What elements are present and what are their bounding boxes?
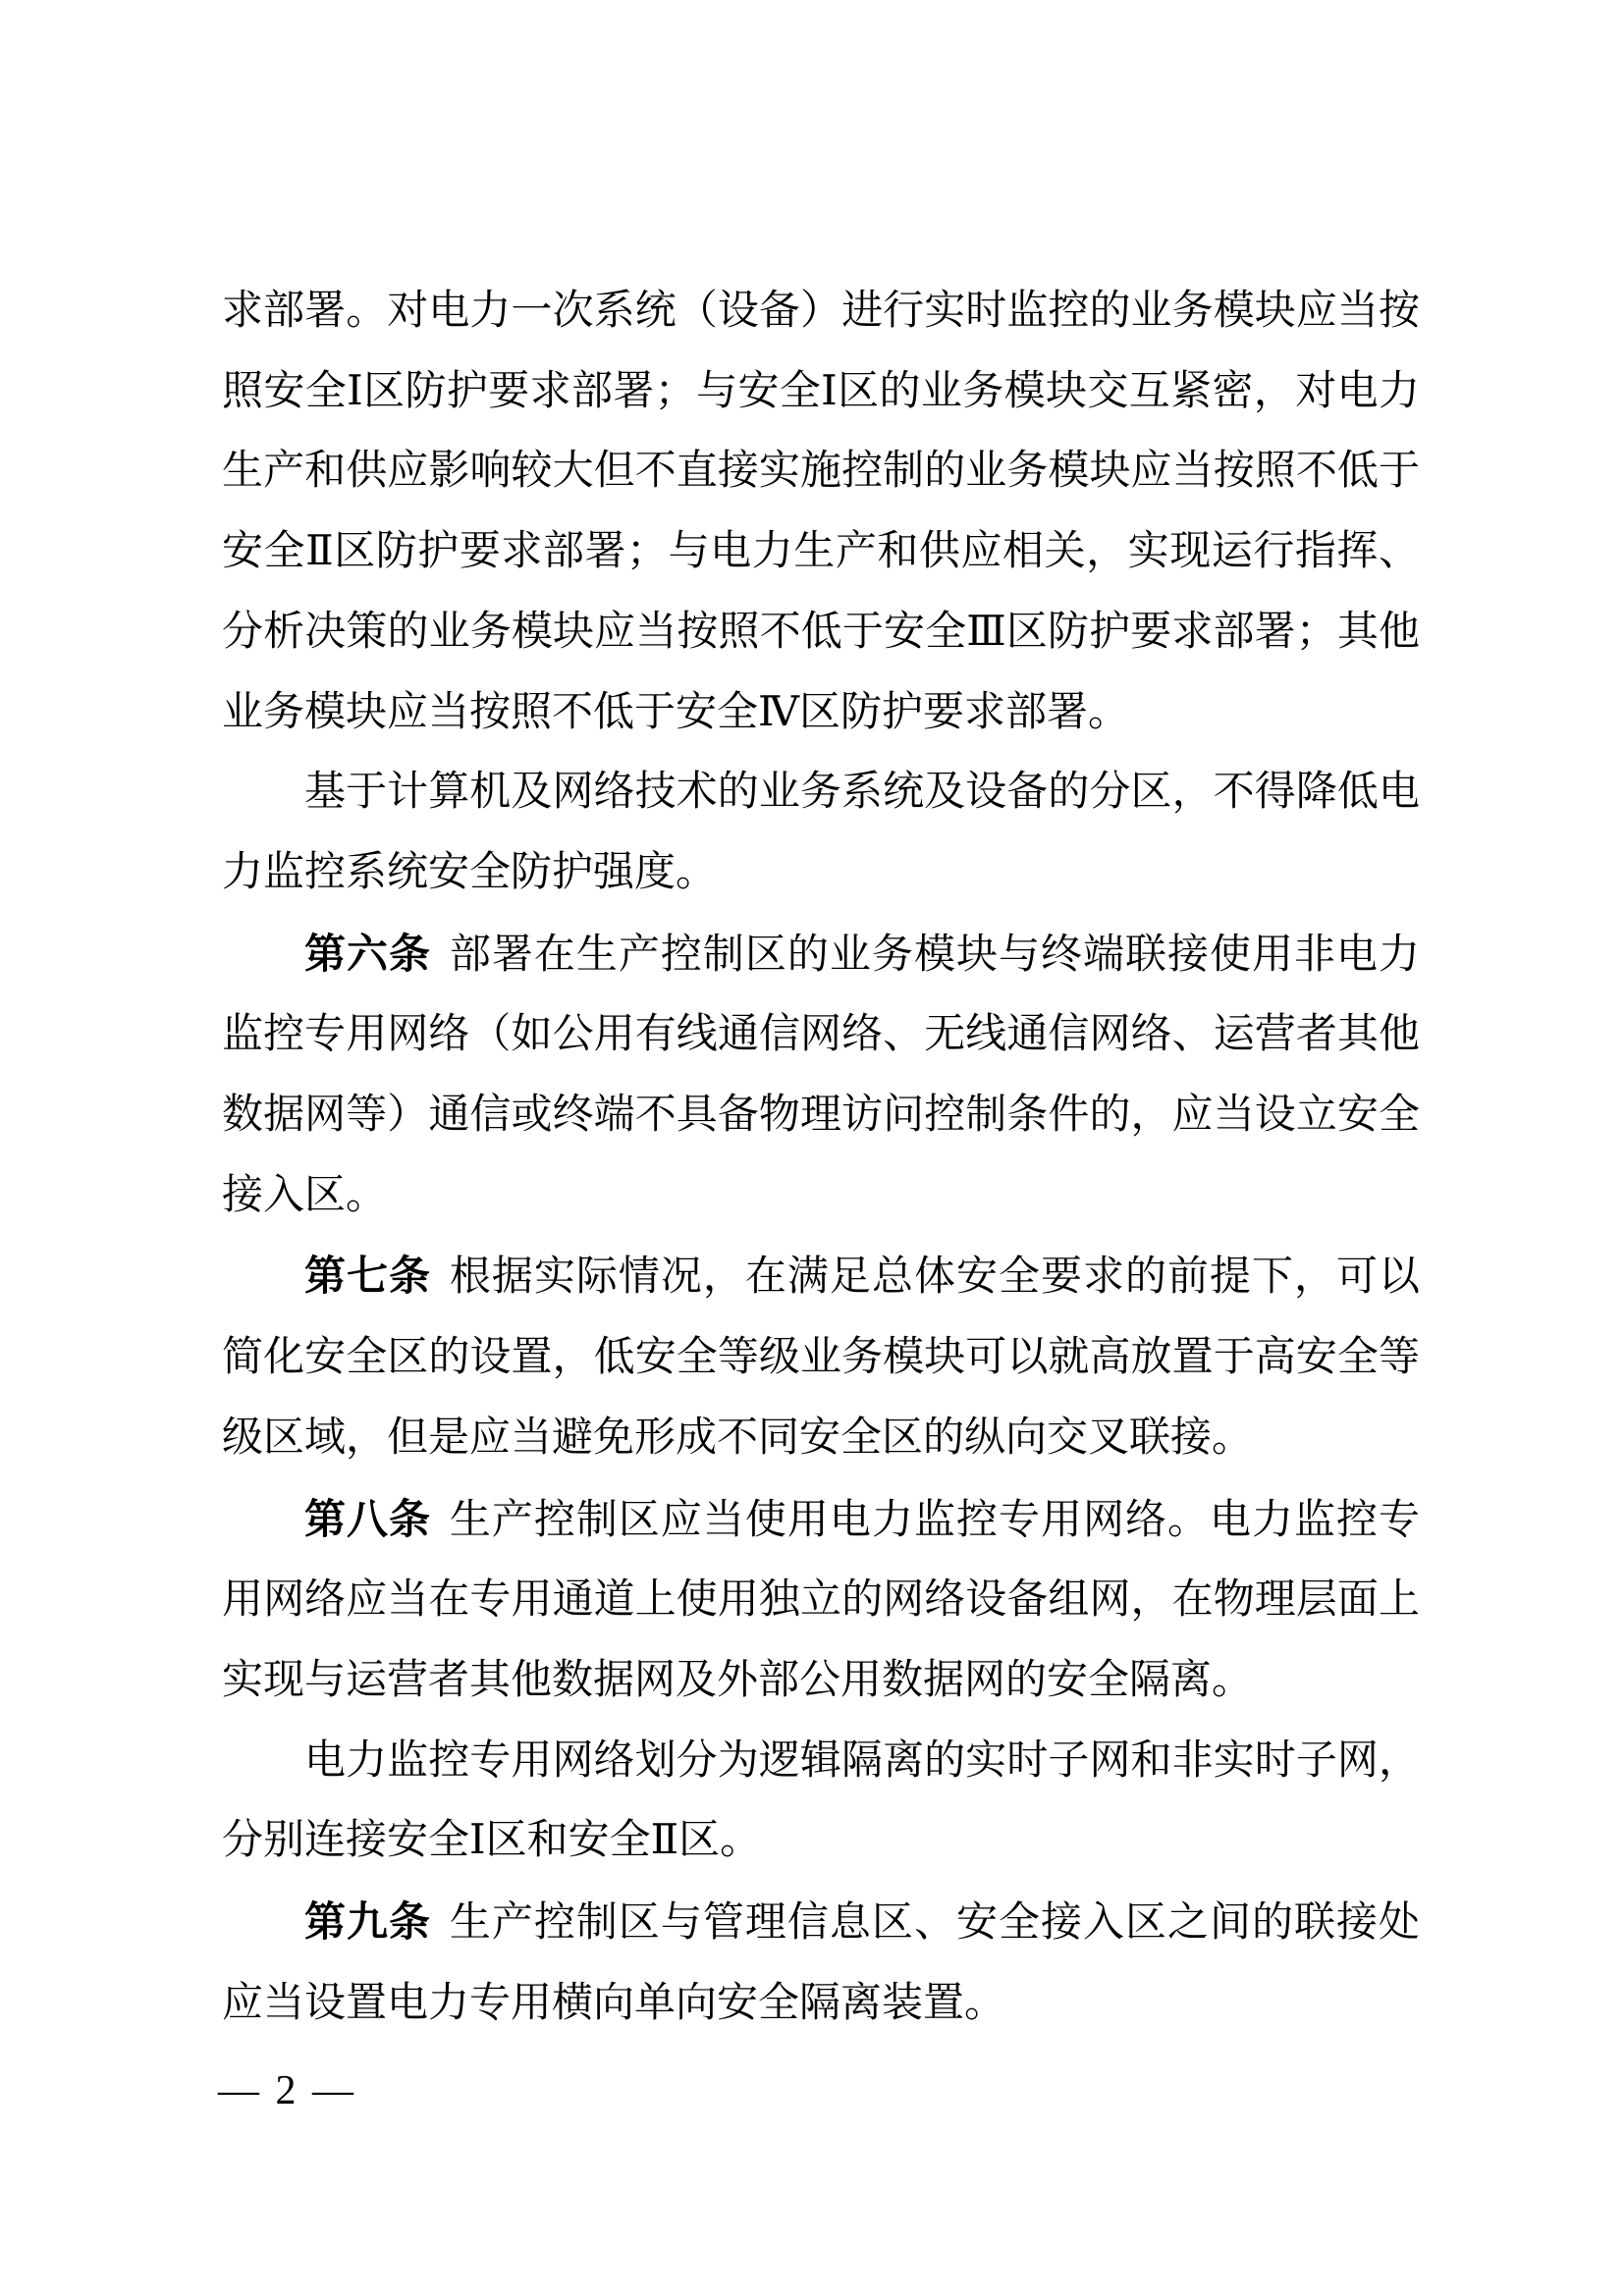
paragraph: 电力监控专用网络划分为逻辑隔离的实时子网和非实时子网，分别连接安全Ⅰ区和安全Ⅱ区… [222,1722,1420,1882]
paragraph-article-8: 第八条生产控制区应当使用电力监控专用网络。电力监控专用网络应当在专用通道上使用独… [222,1479,1420,1722]
paragraph-article-9: 第九条生产控制区与管理信息区、安全接入区之间的联接处应当设置电力专用横向单向安全… [222,1882,1420,2044]
paragraph: 求部署。对电力一次系统（设备）进行实时监控的业务模块应当按照安全Ⅰ区防护要求部署… [222,272,1420,753]
page-number: — 2 — [218,2067,356,2114]
article-heading: 第六条 [304,931,431,977]
paragraph-article-7: 第七条根据实际情况，在满足总体安全要求的前提下，可以简化安全区的设置，低安全等级… [222,1236,1420,1478]
paragraph-text: 电力监控专用网络划分为逻辑隔离的实时子网和非实时子网，分别连接安全Ⅰ区和安全Ⅱ区… [222,1738,1420,1864]
paragraph-article-6: 第六条部署在生产控制区的业务模块与终端联接使用非电力监控专用网络（如公用有线通信… [222,914,1420,1237]
paragraph-text: 求部署。对电力一次系统（设备）进行实时监控的业务模块应当按照安全Ⅰ区防护要求部署… [222,289,1420,735]
paragraph: 基于计算机及网络技术的业务系统及设备的分区，不得降低电力监控系统安全防护强度。 [222,753,1420,913]
article-heading: 第七条 [304,1253,431,1299]
article-heading: 第九条 [304,1898,431,1945]
article-heading: 第八条 [304,1496,431,1542]
document-page: 求部署。对电力一次系统（设备）进行实时监控的业务模块应当按照安全Ⅰ区防护要求部署… [0,0,1624,2296]
paragraph-text: 基于计算机及网络技术的业务系统及设备的分区，不得降低电力监控系统安全防护强度。 [222,770,1420,895]
page-body-text: 求部署。对电力一次系统（设备）进行实时监控的业务模块应当按照安全Ⅰ区防护要求部署… [222,272,1420,2044]
